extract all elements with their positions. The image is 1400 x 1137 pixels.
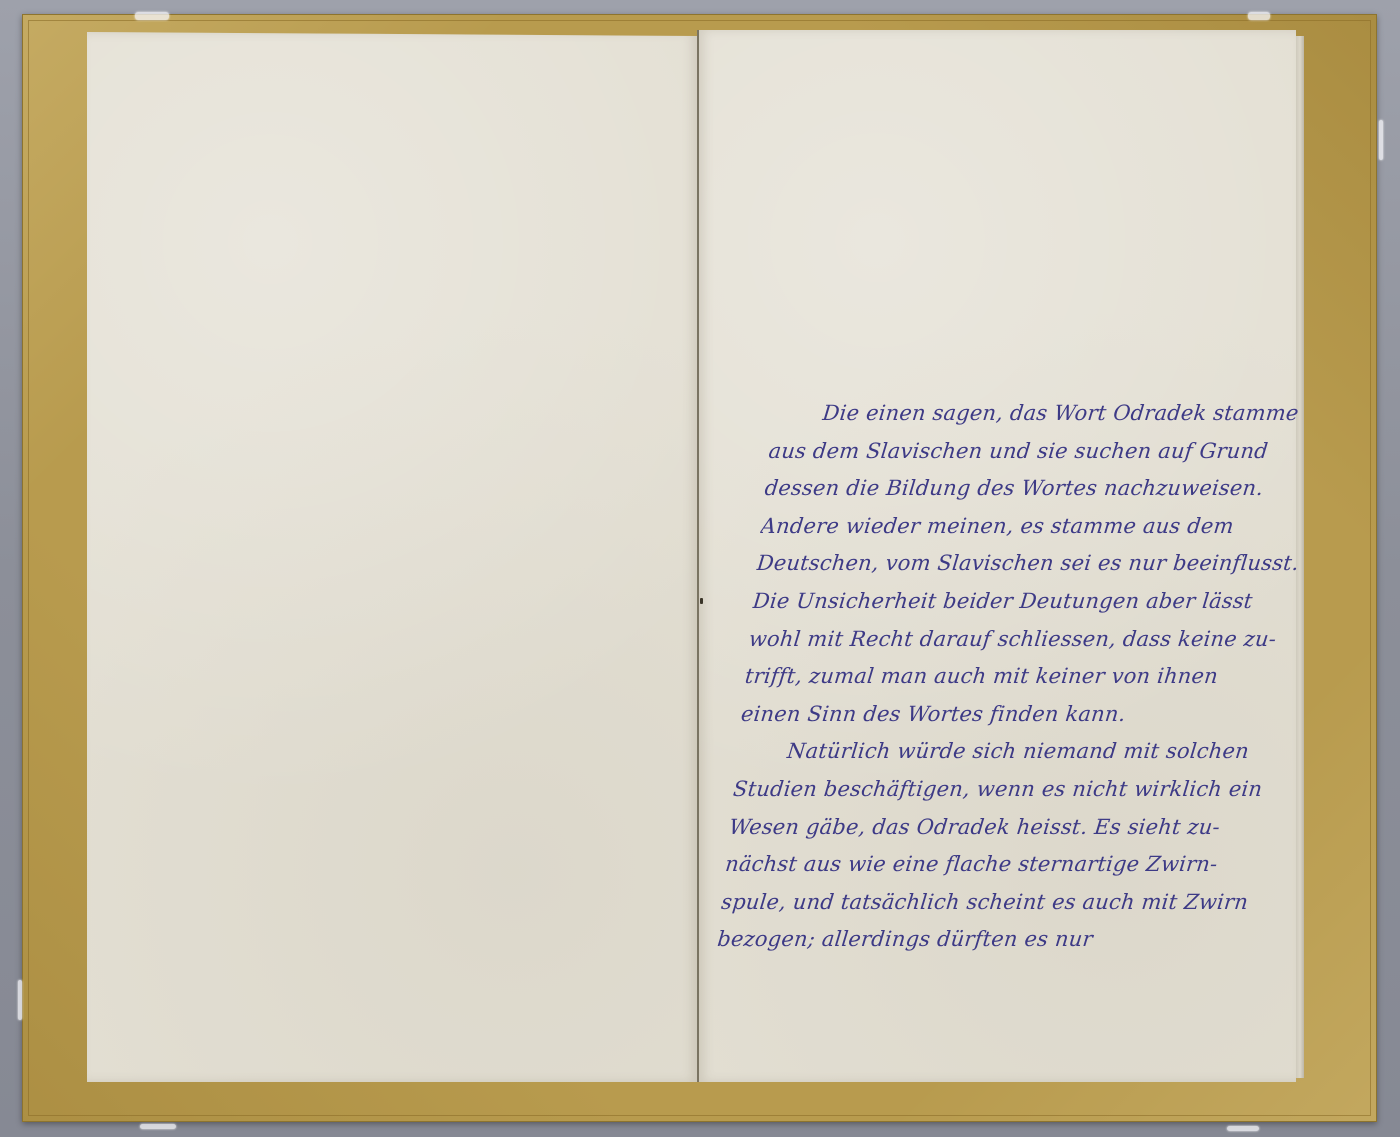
handwritten-line: Die Unsicherheit beider Deutungen aber l… <box>751 583 1295 621</box>
handwritten-line: wohl mit Recht darauf schliessen, dass k… <box>747 621 1291 659</box>
left-page-blank <box>87 32 698 1082</box>
handwritten-line: Die einen sagen, das Wort Odradek stamme <box>771 395 1315 433</box>
book-gutter <box>697 30 699 1082</box>
protective-corner-left-edge <box>18 980 22 1020</box>
handwritten-line: aus dem Slavischen und sie suchen auf Gr… <box>767 433 1311 471</box>
protective-corner-right-edge <box>1379 120 1383 160</box>
handwritten-line: Wesen gäbe, das Odradek heisst. Es sieht… <box>727 809 1271 847</box>
handwritten-line: trifft, zumal man auch mit keiner von ih… <box>743 658 1287 696</box>
handwritten-line: nächst aus wie eine flache sternartige Z… <box>723 846 1267 884</box>
handwritten-text-block: Die einen sagen, das Wort Odradek stamme… <box>715 395 1314 959</box>
protective-corner-bottom-right <box>1227 1126 1259 1131</box>
protective-corner-top-left <box>135 12 169 20</box>
handwritten-line: bezogen; allerdings dürften es nur <box>715 921 1259 959</box>
handwritten-line: Deutschen, vom Slavischen sei es nur bee… <box>755 545 1299 583</box>
binding-stitch <box>700 598 703 604</box>
handwritten-line: Studien beschäftigen, wenn es nicht wirk… <box>731 771 1275 809</box>
protective-corner-bottom-left <box>140 1124 176 1129</box>
protective-corner-top-right <box>1248 12 1270 20</box>
handwritten-line: einen Sinn des Wortes finden kann. <box>739 696 1283 734</box>
handwritten-line: spule, und tatsächlich scheint es auch m… <box>719 884 1263 922</box>
handwritten-line: Natürlich würde sich niemand mit solchen <box>735 733 1279 771</box>
handwritten-line: dessen die Bildung des Wortes nachzuweis… <box>763 470 1307 508</box>
paragraph-2: Natürlich würde sich niemand mit solchen… <box>715 733 1279 959</box>
paragraph-1: Die einen sagen, das Wort Odradek stamme… <box>739 395 1315 733</box>
handwritten-line: Andere wieder meinen, es stamme aus dem <box>759 508 1303 546</box>
